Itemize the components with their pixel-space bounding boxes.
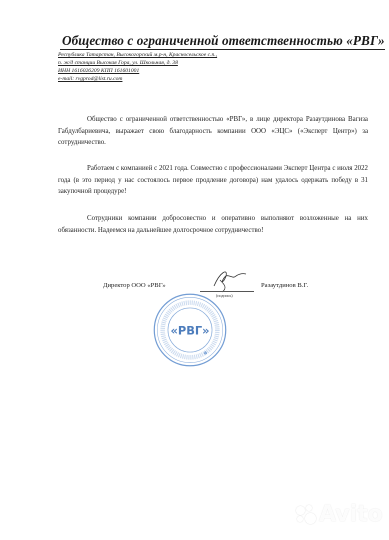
signature-line [200,291,254,292]
signer-name: Разаутдинов В.Г. [261,282,308,289]
paragraph-text: Общество с ограниченной ответственностью… [58,116,368,146]
letterhead-address-line: Республика Татарстан, Высокогорский м.р-… [58,52,217,58]
avito-logo-icon [296,505,316,525]
letterhead-address-line: п. ж/д станции Высокая Гора, ул. Школьна… [58,60,178,66]
handwritten-signature [206,266,252,294]
letter-page: Общество с ограниченной ответственностью… [0,0,389,540]
body-paragraph-1: Общество с ограниченной ответственностью… [58,114,368,149]
letterhead-divider [60,49,385,50]
letterhead-email: e-mail: rvgprod@list.ru.com [58,76,122,82]
company-stamp: «РВГ» ✽ [152,292,228,368]
paragraph-text: Сотрудники компании добросовестно и опер… [58,215,368,234]
signature-position: Директор ООО «РВГ» [103,282,166,289]
paragraph-text: Работаем с компанией с 2021 года. Совмес… [58,165,368,195]
watermark-brand-text: Avito [319,502,383,527]
svg-text:✽: ✽ [204,350,208,355]
body-paragraph-2: Работаем с компанией с 2021 года. Совмес… [58,163,368,198]
avito-watermark: Avito [296,502,383,527]
letterhead-inn-kpp: ИНН 1616026209 КПП 161601001 [58,68,139,74]
stamp-center-text: «РВГ» [170,324,209,338]
body-paragraph-3: Сотрудники компании добросовестно и опер… [58,213,368,236]
letterhead-title: Общество с ограниченной ответственностью… [62,33,382,49]
signature-caption: (подпись) [216,293,233,298]
